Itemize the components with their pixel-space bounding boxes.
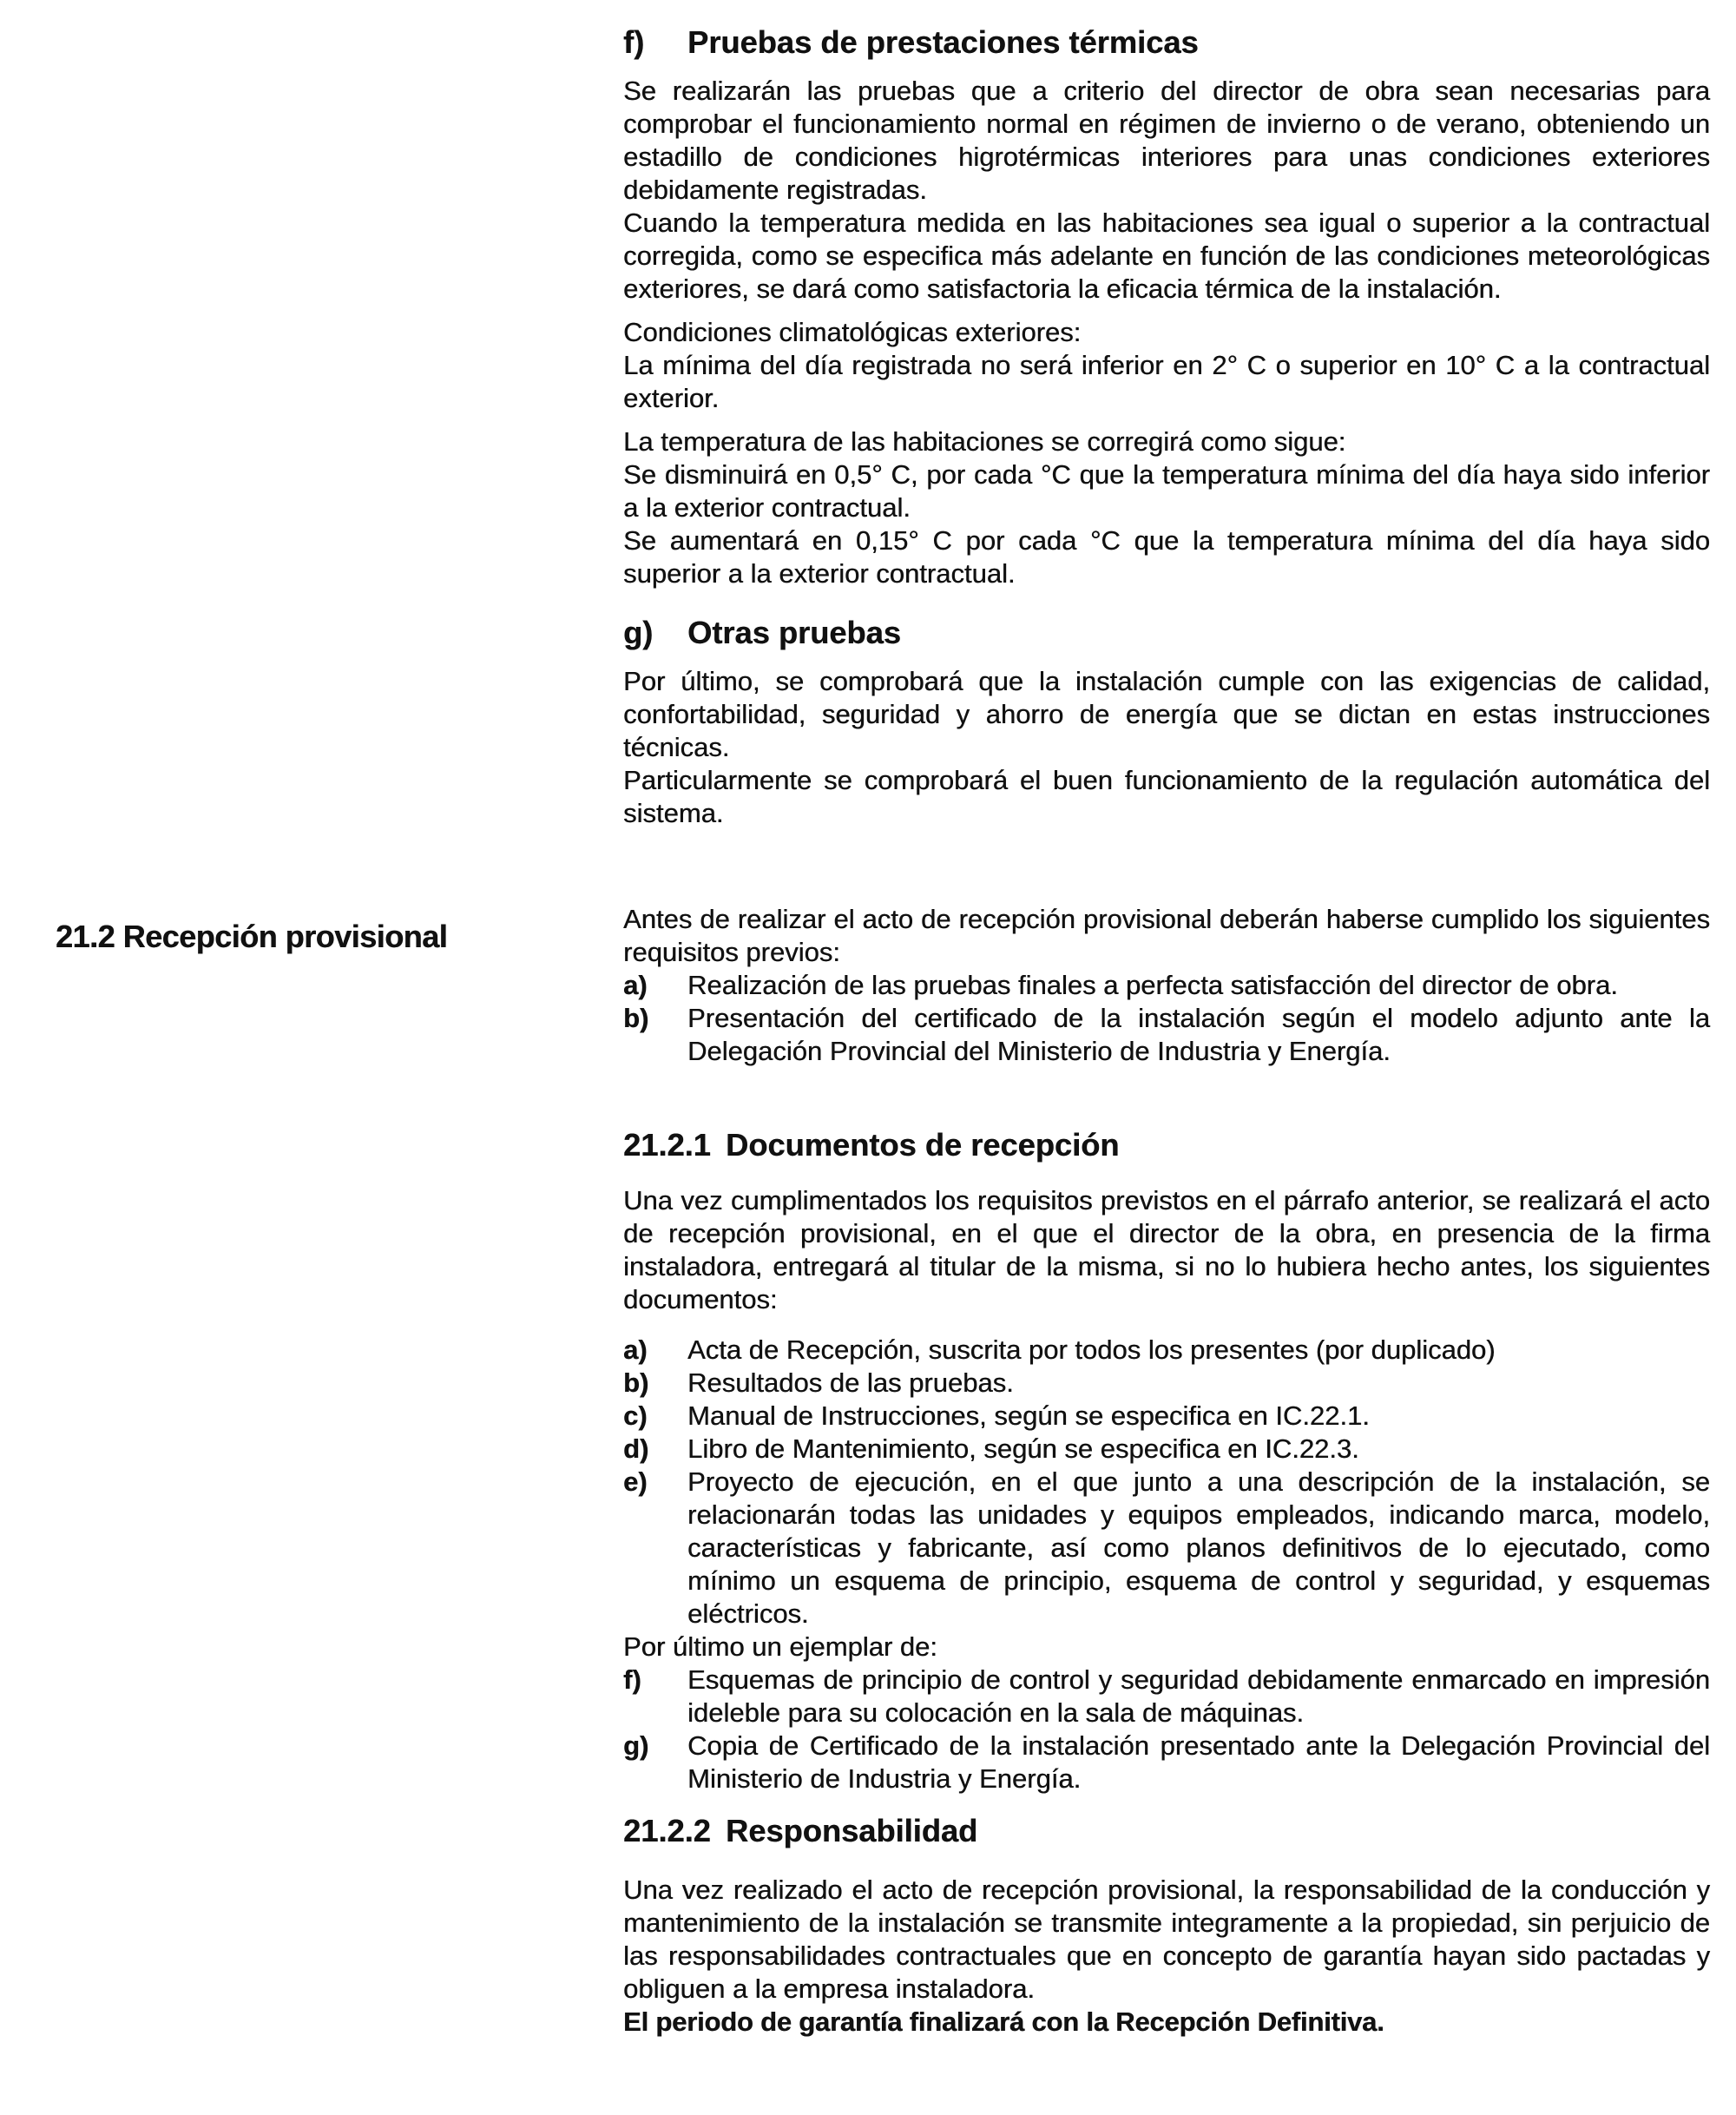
- paragraph: Antes de realizar el acto de recepción p…: [623, 903, 1710, 969]
- list-item-text: Manual de Instrucciones, según se especi…: [687, 1400, 1710, 1433]
- heading-title: Documentos de recepción: [726, 1129, 1119, 1162]
- list-item: b) Resultados de las pruebas.: [623, 1367, 1710, 1400]
- spacer: [623, 306, 1710, 316]
- list-item-text: Libro de Mantenimiento, según se especif…: [687, 1433, 1710, 1466]
- list-marker: d): [623, 1433, 687, 1466]
- paragraph: Condiciones climatológicas exteriores:: [623, 316, 1710, 349]
- list-item-text: Acta de Recepción, suscrita por todos lo…: [687, 1334, 1710, 1367]
- list-item-text: Copia de Certificado de la instalación p…: [687, 1730, 1710, 1795]
- list-item: g) Copia de Certificado de la instalació…: [623, 1730, 1710, 1795]
- list-item-text: Proyecto de ejecución, en el que junto a…: [687, 1466, 1710, 1631]
- heading-title: Responsabilidad: [726, 1815, 977, 1848]
- list-item: f) Esquemas de principio de control y se…: [623, 1664, 1710, 1730]
- paragraph: Por último un ejemplar de:: [623, 1631, 1710, 1664]
- list-marker: e): [623, 1466, 687, 1631]
- heading-responsabilidad: 21.2.2 Responsabilidad: [623, 1815, 1710, 1848]
- list-item: c) Manual de Instrucciones, según se esp…: [623, 1400, 1710, 1433]
- paragraph: Se disminuirá en 0,5° C, por cada °C que…: [623, 458, 1710, 524]
- paragraph: Se realizarán las pruebas que a criterio…: [623, 75, 1710, 207]
- paragraph: La mínima del día registrada no será inf…: [623, 349, 1710, 415]
- paragraph: Una vez cumplimentados los requisitos pr…: [623, 1184, 1710, 1316]
- heading-title-g: Otras pruebas: [687, 616, 901, 649]
- list-marker: b): [623, 1002, 687, 1068]
- section-21-2-2-body: Una vez realizado el acto de recepción p…: [623, 1874, 1710, 2039]
- list-item: b) Presentación del certificado de la in…: [623, 1002, 1710, 1068]
- heading-title-f: Pruebas de prestaciones térmicas: [687, 26, 1199, 59]
- list-marker: c): [623, 1400, 687, 1433]
- spacer: [623, 1316, 1710, 1334]
- list-item-text: Realización de las pruebas finales a per…: [687, 969, 1710, 1002]
- list-item-text: Presentación del certificado de la insta…: [687, 1002, 1710, 1068]
- heading-number: 21.2.1: [623, 1129, 726, 1162]
- list-item: a) Realización de las pruebas finales a …: [623, 969, 1710, 1002]
- section-21-2-body: Antes de realizar el acto de recepción p…: [623, 903, 1710, 1068]
- list-item-text: Esquemas de principio de control y segur…: [687, 1664, 1710, 1730]
- list-item: d) Libro de Mantenimiento, según se espe…: [623, 1433, 1710, 1466]
- heading-pruebas-termicas: f) Pruebas de prestaciones térmicas: [623, 26, 1710, 59]
- list-item-text: Resultados de las pruebas.: [687, 1367, 1710, 1400]
- heading-marker-f: f): [623, 26, 687, 59]
- scanned-document-page: 21.2 Recepción provisional f) Pruebas de…: [0, 0, 1736, 2115]
- section-21-2-1: 21.2.1 Documentos de recepción Una vez c…: [623, 1129, 1710, 1795]
- paragraph: Se aumentará en 0,15° C por cada °C que …: [623, 524, 1710, 590]
- heading-marker-g: g): [623, 616, 687, 649]
- heading-documentos-recepcion: 21.2.1 Documentos de recepción: [623, 1129, 1710, 1162]
- paragraph: Cuando la temperatura medida en las habi…: [623, 207, 1710, 306]
- list-marker: b): [623, 1367, 687, 1400]
- paragraph: La temperatura de las habitaciones se co…: [623, 425, 1710, 458]
- list-marker: g): [623, 1730, 687, 1795]
- paragraph: Una vez realizado el acto de recepción p…: [623, 1874, 1710, 2006]
- list-marker: f): [623, 1664, 687, 1730]
- heading-otras-pruebas: g) Otras pruebas: [623, 616, 1710, 649]
- list-marker: a): [623, 969, 687, 1002]
- list-item: e) Proyecto de ejecución, en el que junt…: [623, 1466, 1710, 1631]
- paragraph: El periodo de garantía finalizará con la…: [623, 2006, 1710, 2039]
- heading-number: 21.2.2: [623, 1815, 726, 1848]
- list-marker: a): [623, 1334, 687, 1367]
- list-item: a) Acta de Recepción, suscrita por todos…: [623, 1334, 1710, 1367]
- paragraph: Por último, se comprobará que la instala…: [623, 665, 1710, 764]
- spacer: [623, 415, 1710, 425]
- paragraph: Particularmente se comprobará el buen fu…: [623, 764, 1710, 830]
- section-21-2-2-heading: 21.2.2 Responsabilidad: [623, 1815, 1710, 1848]
- section-f-and-g: f) Pruebas de prestaciones térmicas Se r…: [623, 26, 1710, 830]
- margin-section-heading-21-2: 21.2 Recepción provisional: [56, 920, 594, 953]
